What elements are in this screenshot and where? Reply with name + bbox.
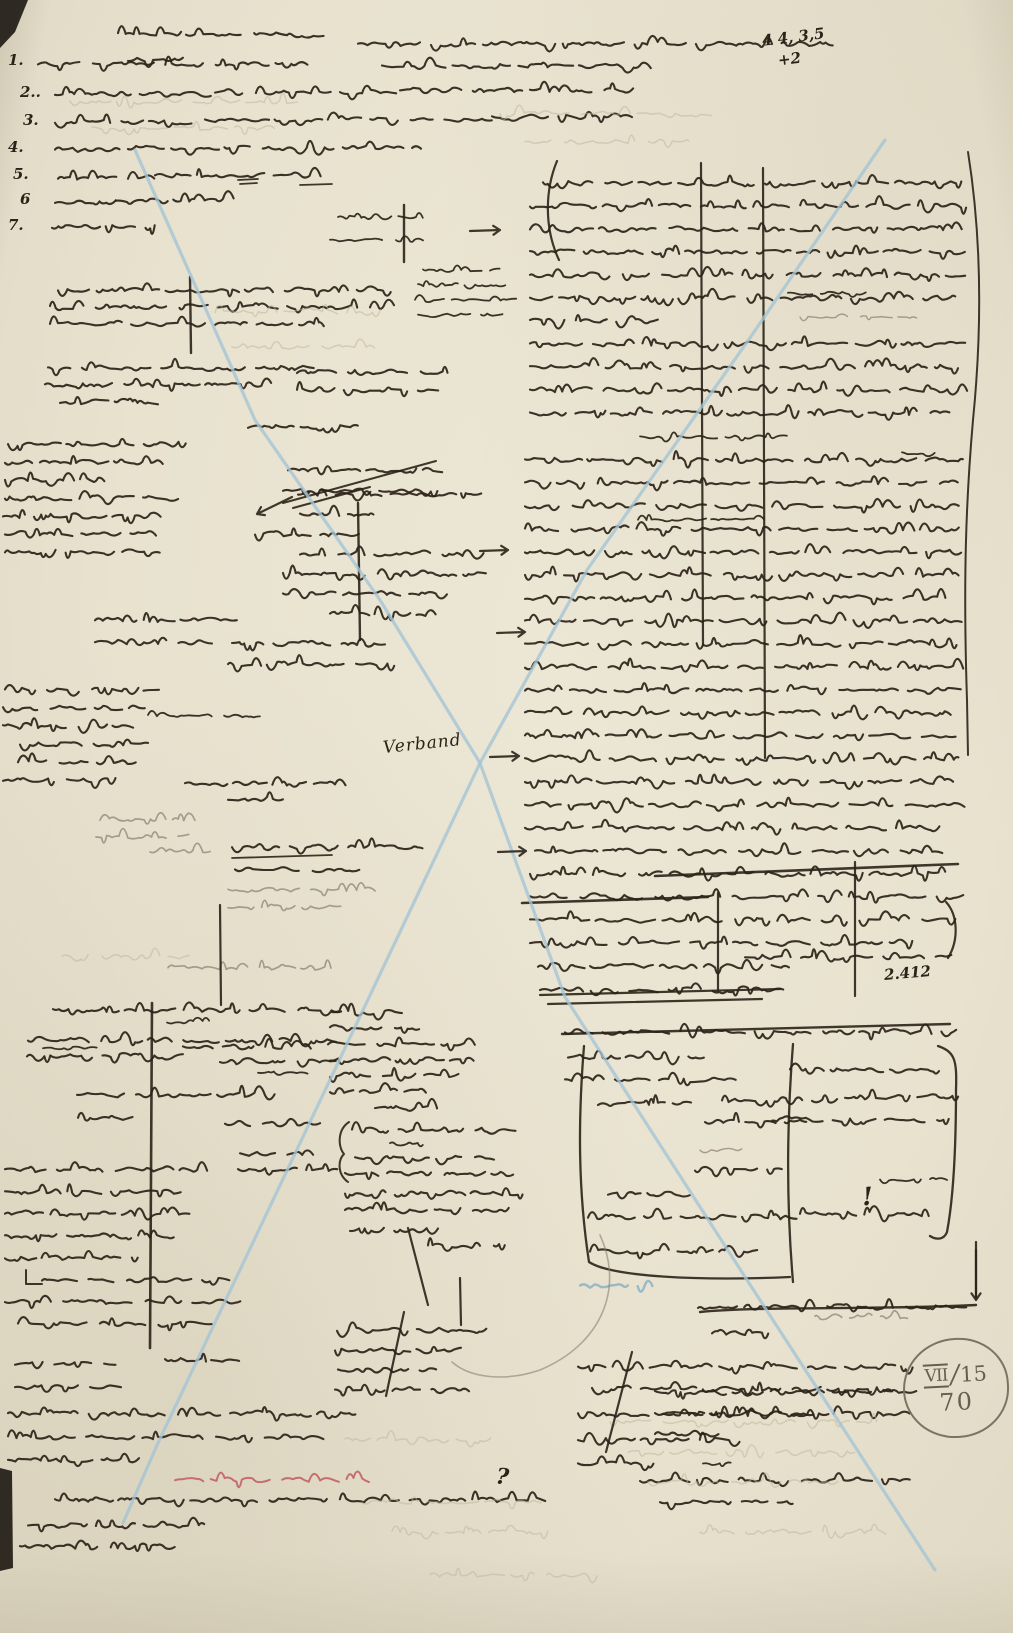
handwriting-layer <box>0 0 1013 1633</box>
list-number: 4. <box>8 140 24 155</box>
stamp-page: 15 <box>960 1361 988 1386</box>
figure-2412: 2.412 <box>883 964 931 983</box>
margin-plus-two-note: +2 <box>777 51 802 69</box>
exclamation-mark: ! <box>861 1184 874 1210</box>
stamp-number: 70 <box>939 1387 975 1417</box>
list-number: 3. <box>23 113 39 128</box>
list-number: 7. <box>8 218 24 233</box>
list-number: 2.. <box>20 85 41 100</box>
stamp-separator: / <box>950 1360 960 1390</box>
list-number: 6 <box>20 192 30 207</box>
manuscript-page: 1.2..3.4.5.67. 4 4, 3,5 +2 Verband 2.412… <box>0 0 1013 1633</box>
question-mark: ? <box>495 1465 510 1488</box>
list-number: 1. <box>8 53 24 68</box>
list-number: 5. <box>13 167 29 182</box>
stamp-volume-page: VII/15 <box>923 1358 988 1391</box>
stamp-volume: VII <box>923 1363 949 1388</box>
